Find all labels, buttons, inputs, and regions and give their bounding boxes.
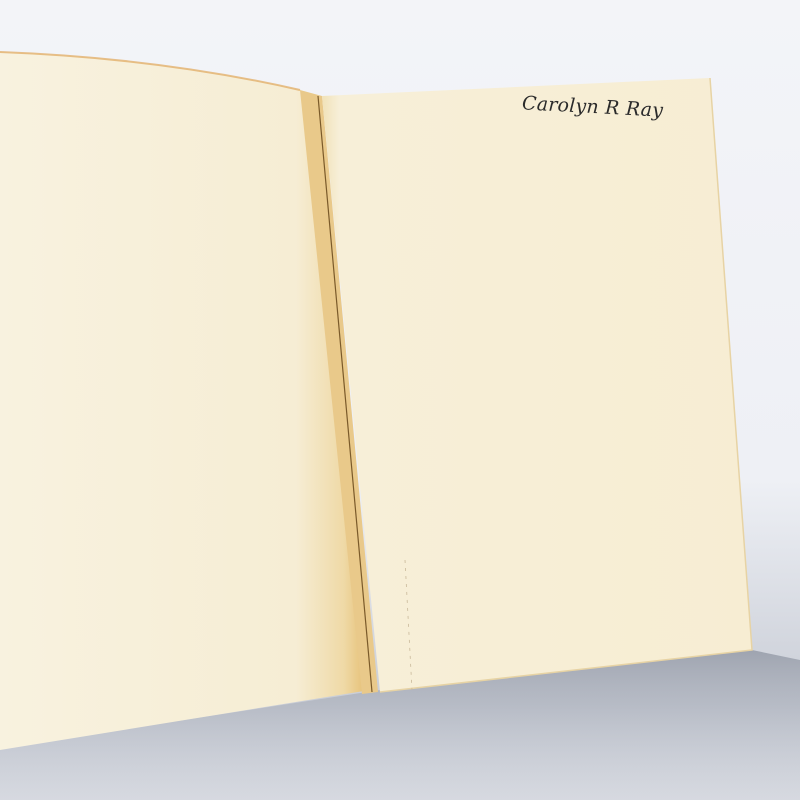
bleed-through-line	[438, 218, 442, 229]
photo-scene: Carolyn R Ray	[0, 0, 800, 800]
bleed-through-title	[440, 183, 446, 199]
right-page	[322, 78, 752, 692]
open-book	[0, 0, 800, 800]
bleed-through-line	[478, 248, 482, 258]
bleed-through-line	[438, 233, 442, 244]
